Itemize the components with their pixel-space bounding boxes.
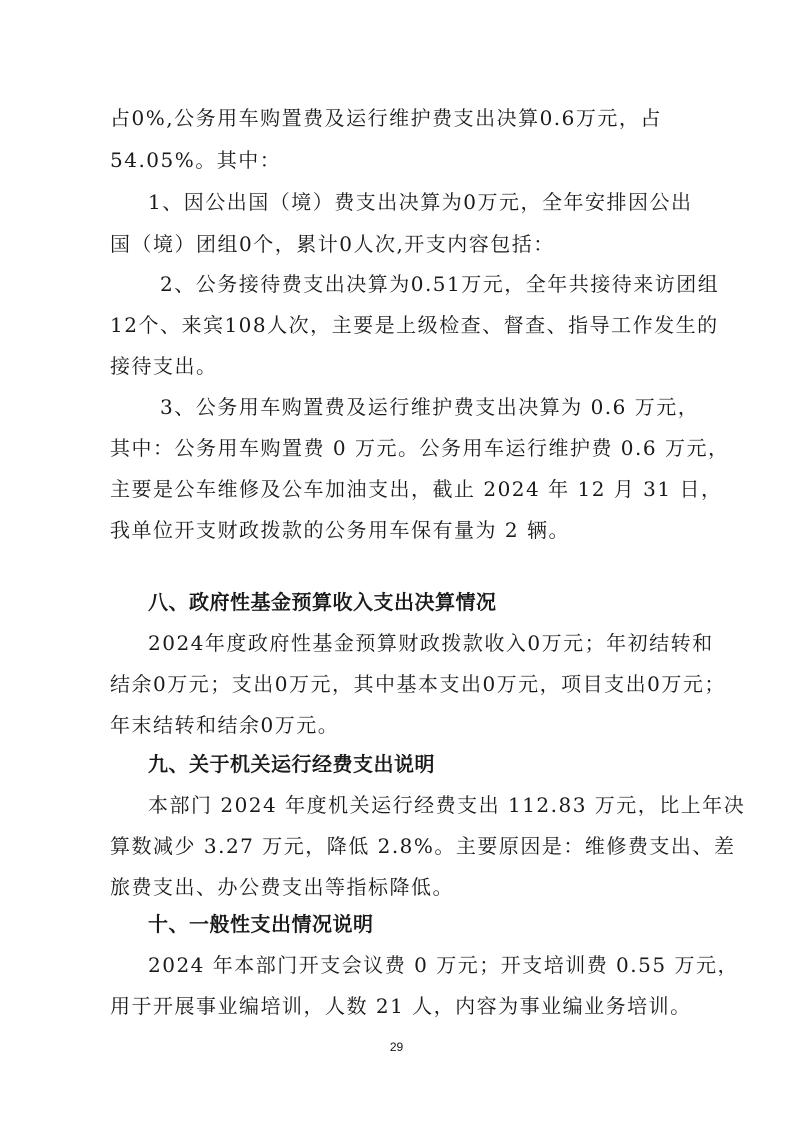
paragraph-line: 其中：公务用车购置费 0 万元。公务用车运行维护费 0.6 万元， xyxy=(110,436,690,460)
paragraph-line: 本部门 2024 年度机关运行经费支出 112.83 万元，比上年决 xyxy=(148,793,690,817)
paragraph-line: 接待支出。 xyxy=(110,354,690,378)
paragraph-line: 1、因公出国（境）费支出决算为0万元，全年安排因公出 xyxy=(148,190,690,214)
paragraph-line: 算数减少 3.27 万元，降低 2.8%。主要原因是：维修费支出、差 xyxy=(110,834,690,858)
section-heading-10: 十、一般性支出情况说明 xyxy=(148,912,728,936)
paragraph-line: 3、公务用车购置费及运行维护费支出决算为 0.6 万元， xyxy=(160,395,690,419)
paragraph-line: 2、公务接待费支出决算为0.51万元，全年共接待来访团组 xyxy=(160,272,690,296)
document-page: 占0%,公务用车购置费及运行维护费支出决算0.6万元，占 54.05%。其中： … xyxy=(0,0,793,1122)
page-number: 29 xyxy=(0,1040,793,1054)
paragraph-line: 占0%,公务用车购置费及运行维护费支出决算0.6万元，占 xyxy=(110,106,690,130)
paragraph-line: 旅费支出、办公费支出等指标降低。 xyxy=(110,875,690,899)
paragraph-line: 54.05%。其中： xyxy=(110,148,690,172)
paragraph-line: 2024 年本部门开支会议费 0 万元；开支培训费 0.55 万元， xyxy=(148,953,690,977)
section-heading-9: 九、关于机关运行经费支出说明 xyxy=(148,752,728,776)
paragraph-line: 2024年度政府性基金预算财政拨款收入0万元；年初结转和 xyxy=(148,631,690,655)
section-heading-8: 八、政府性基金预算收入支出决算情况 xyxy=(148,590,728,614)
paragraph-line: 年末结转和结余0万元。 xyxy=(110,713,690,737)
paragraph-line: 用于开展事业编培训，人数 21 人，内容为事业编业务培训。 xyxy=(110,994,690,1018)
paragraph-line: 国（境）团组0个，累计0人次,开支内容包括： xyxy=(110,232,690,256)
paragraph-line: 结余0万元；支出0万元，其中基本支出0万元，项目支出0万元； xyxy=(110,672,690,696)
paragraph-line: 我单位开支财政拨款的公务用车保有量为 2 辆。 xyxy=(110,518,690,542)
paragraph-line: 12个、来宾108人次，主要是上级检查、督查、指导工作发生的 xyxy=(110,313,690,337)
paragraph-line: 主要是公车维修及公车加油支出，截止 2024 年 12 月 31 日， xyxy=(110,477,690,501)
